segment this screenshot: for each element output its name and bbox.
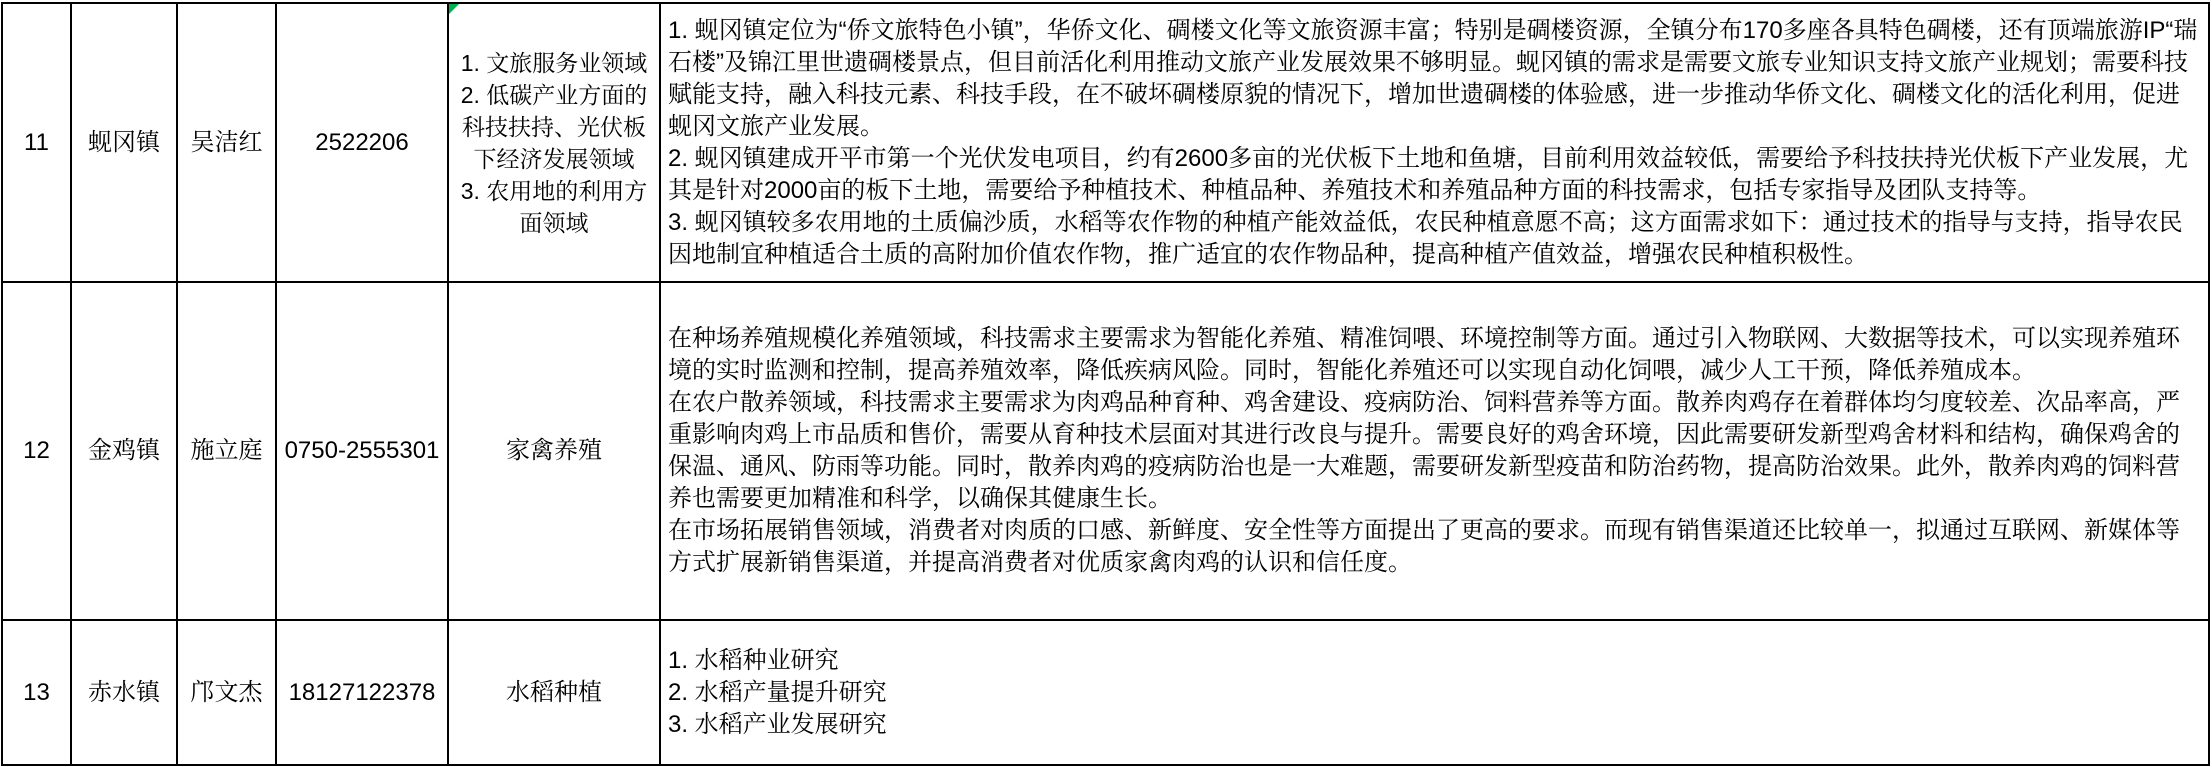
cell-row12-description[interactable]: 在种场养殖规模化养殖领域，科技需求主要需求为智能化养殖、精准饲喂、环境控制等方面… — [661, 283, 2210, 621]
cell-row13-description[interactable]: 1. 水稻种业研究 2. 水稻产量提升研究 3. 水稻产业发展研究 — [661, 621, 2210, 766]
cell-row13-town[interactable]: 赤水镇 — [72, 621, 178, 766]
cell-row13-phone[interactable]: 18127122378 — [277, 621, 449, 766]
cell-row13-number[interactable]: 13 — [3, 621, 72, 766]
cell-row11-field-text: 1. 文旅服务业领域 2. 低碳产业方面的 科技扶持、光伏板 下经济发展领域 3… — [461, 47, 648, 239]
cell-error-flag-icon — [449, 4, 459, 14]
cell-row12-number[interactable]: 12 — [3, 283, 72, 621]
cell-row12-town[interactable]: 金鸡镇 — [72, 283, 178, 621]
cell-row11-contact[interactable]: 吴洁红 — [178, 4, 277, 283]
cell-row12-field[interactable]: 家禽养殖 — [449, 283, 661, 621]
cell-row13-contact[interactable]: 邝文杰 — [178, 621, 277, 766]
cell-row11-field[interactable]: 1. 文旅服务业领域 2. 低碳产业方面的 科技扶持、光伏板 下经济发展领域 3… — [449, 4, 661, 283]
cell-row11-town[interactable]: 蚬冈镇 — [72, 4, 178, 283]
spreadsheet-table: 11 蚬冈镇 吴洁红 2522206 1. 文旅服务业领域 2. 低碳产业方面的… — [1, 2, 2210, 766]
cell-row13-field[interactable]: 水稻种植 — [449, 621, 661, 766]
cell-row11-phone[interactable]: 2522206 — [277, 4, 449, 283]
cell-row12-contact[interactable]: 施立庭 — [178, 283, 277, 621]
cell-row12-phone[interactable]: 0750-2555301 — [277, 283, 449, 621]
cell-row11-number[interactable]: 11 — [3, 4, 72, 283]
cell-row11-description[interactable]: 1. 蚬冈镇定位为“侨文旅特色小镇”，华侨文化、碉楼文化等文旅资源丰富；特别是碉… — [661, 4, 2210, 283]
